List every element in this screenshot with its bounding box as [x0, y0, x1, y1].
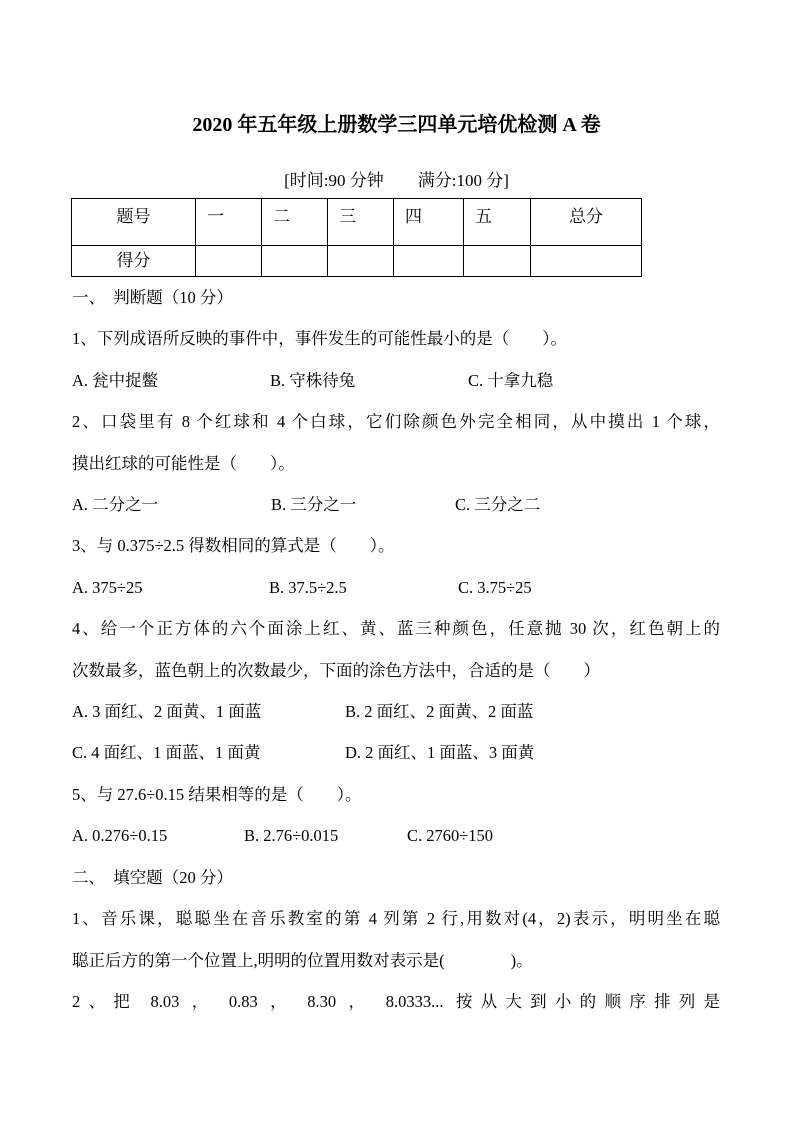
score-cell-empty [328, 246, 394, 277]
option-item: C. 十拿九稳 [468, 360, 553, 401]
score-table-header-cell: 题号 [72, 199, 196, 246]
section2-heading: 二、 填空题（20 分） [72, 857, 720, 898]
option-item: A. 瓮中捉鳖 [72, 360, 270, 401]
question-4-stem-line1: 4、给一个正方体的六个面涂上红、黄、蓝三种颜色，任意抛 30 次，红色朝上的 [72, 608, 720, 649]
option-item: A. 375÷25 [72, 567, 269, 608]
option-item: B. 2 面红、2 面黄、2 面蓝 [345, 691, 533, 732]
option-item: A. 二分之一 [72, 484, 271, 525]
score-row-label: 得分 [72, 246, 196, 277]
score-table-header-cell: 一 [196, 199, 262, 246]
question-3-stem: 3、与 0.375÷2.5 得数相同的算式是（ ）。 [72, 525, 720, 566]
fill-question-2-line1: 2、把 8.03 ， 0.83 ， 8.30 ， 8.0333... 按从大到小… [72, 981, 720, 1022]
question-4-options-row2: C. 4 面红、1 面蓝、1 面黄 D. 2 面红、1 面蓝、3 面黄 [72, 732, 720, 773]
option-item: A. 0.276÷0.15 [72, 815, 244, 856]
score-cell-empty [196, 246, 262, 277]
option-item: B. 2.76÷0.015 [244, 815, 407, 856]
score-table-header-cell: 总分 [531, 199, 642, 246]
question-2-options: A. 二分之一 B. 三分之一 C. 三分之二 [72, 484, 720, 525]
option-item: B. 37.5÷2.5 [269, 567, 458, 608]
score-table: 题号 一 二 三 四 五 总分 得分 [71, 198, 642, 277]
option-item: C. 三分之二 [455, 484, 540, 525]
option-item: C. 3.75÷25 [458, 567, 532, 608]
score-cell-empty [394, 246, 464, 277]
question-5-stem: 5、与 27.6÷0.15 结果相等的是（ ）。 [72, 774, 720, 815]
option-item: B. 三分之一 [271, 484, 455, 525]
section1-heading: 一、 判断题（10 分） [72, 277, 720, 318]
score-cell-empty [262, 246, 328, 277]
option-item: B. 守株待兔 [270, 360, 468, 401]
score-table-header-row: 题号 一 二 三 四 五 总分 [72, 199, 642, 246]
fill-question-1-line1: 1、音乐课，聪聪坐在音乐教室的第 4 列第 2 行,用数对(4，2)表示，明明坐… [72, 898, 720, 939]
option-item: D. 2 面红、1 面蓝、3 面黄 [345, 732, 534, 773]
score-table-header-cell: 三 [328, 199, 394, 246]
exam-paper-page: 2020 年五年级上册数学三四单元培优检测 A 卷 [时间:90 分钟 满分:1… [0, 0, 793, 1122]
question-4-options-row1: A. 3 面红、2 面黄、1 面蓝 B. 2 面红、2 面黄、2 面蓝 [72, 691, 720, 732]
score-cell-empty [531, 246, 642, 277]
question-1-options: A. 瓮中捉鳖 B. 守株待兔 C. 十拿九稳 [72, 360, 720, 401]
question-3-options: A. 375÷25 B. 37.5÷2.5 C. 3.75÷25 [72, 567, 720, 608]
score-table-header-cell: 二 [262, 199, 328, 246]
question-1-stem: 1、下列成语所反映的事件中，事件发生的可能性最小的是（ ）。 [72, 318, 720, 359]
question-5-options: A. 0.276÷0.15 B. 2.76÷0.015 C. 2760÷150 [72, 815, 720, 856]
fill-question-1-line2: 聪正后方的第一个位置上,明明的位置用数对表示是( )。 [72, 940, 720, 981]
option-item: C. 2760÷150 [407, 815, 493, 856]
score-table-value-row: 得分 [72, 246, 642, 277]
score-table-header-cell: 四 [394, 199, 464, 246]
option-item: A. 3 面红、2 面黄、1 面蓝 [72, 691, 345, 732]
score-cell-empty [464, 246, 531, 277]
exam-meta-line: [时间:90 分钟 满分:100 分] [0, 170, 793, 192]
question-4-stem-line2: 次数最多，蓝色朝上的次数最少，下面的涂色方法中，合适的是（ ） [72, 650, 720, 691]
question-2-stem-line1: 2、口袋里有 8 个红球和 4 个白球，它们除颜色外完全相同，从中摸出 1 个球… [72, 401, 720, 442]
exam-body: 一、 判断题（10 分） 1、下列成语所反映的事件中，事件发生的可能性最小的是（… [72, 277, 720, 1022]
page-title: 2020 年五年级上册数学三四单元培优检测 A 卷 [0, 0, 793, 138]
question-2-stem-line2: 摸出红球的可能性是（ ）。 [72, 443, 720, 484]
score-table-header-cell: 五 [464, 199, 531, 246]
option-item: C. 4 面红、1 面蓝、1 面黄 [72, 732, 345, 773]
